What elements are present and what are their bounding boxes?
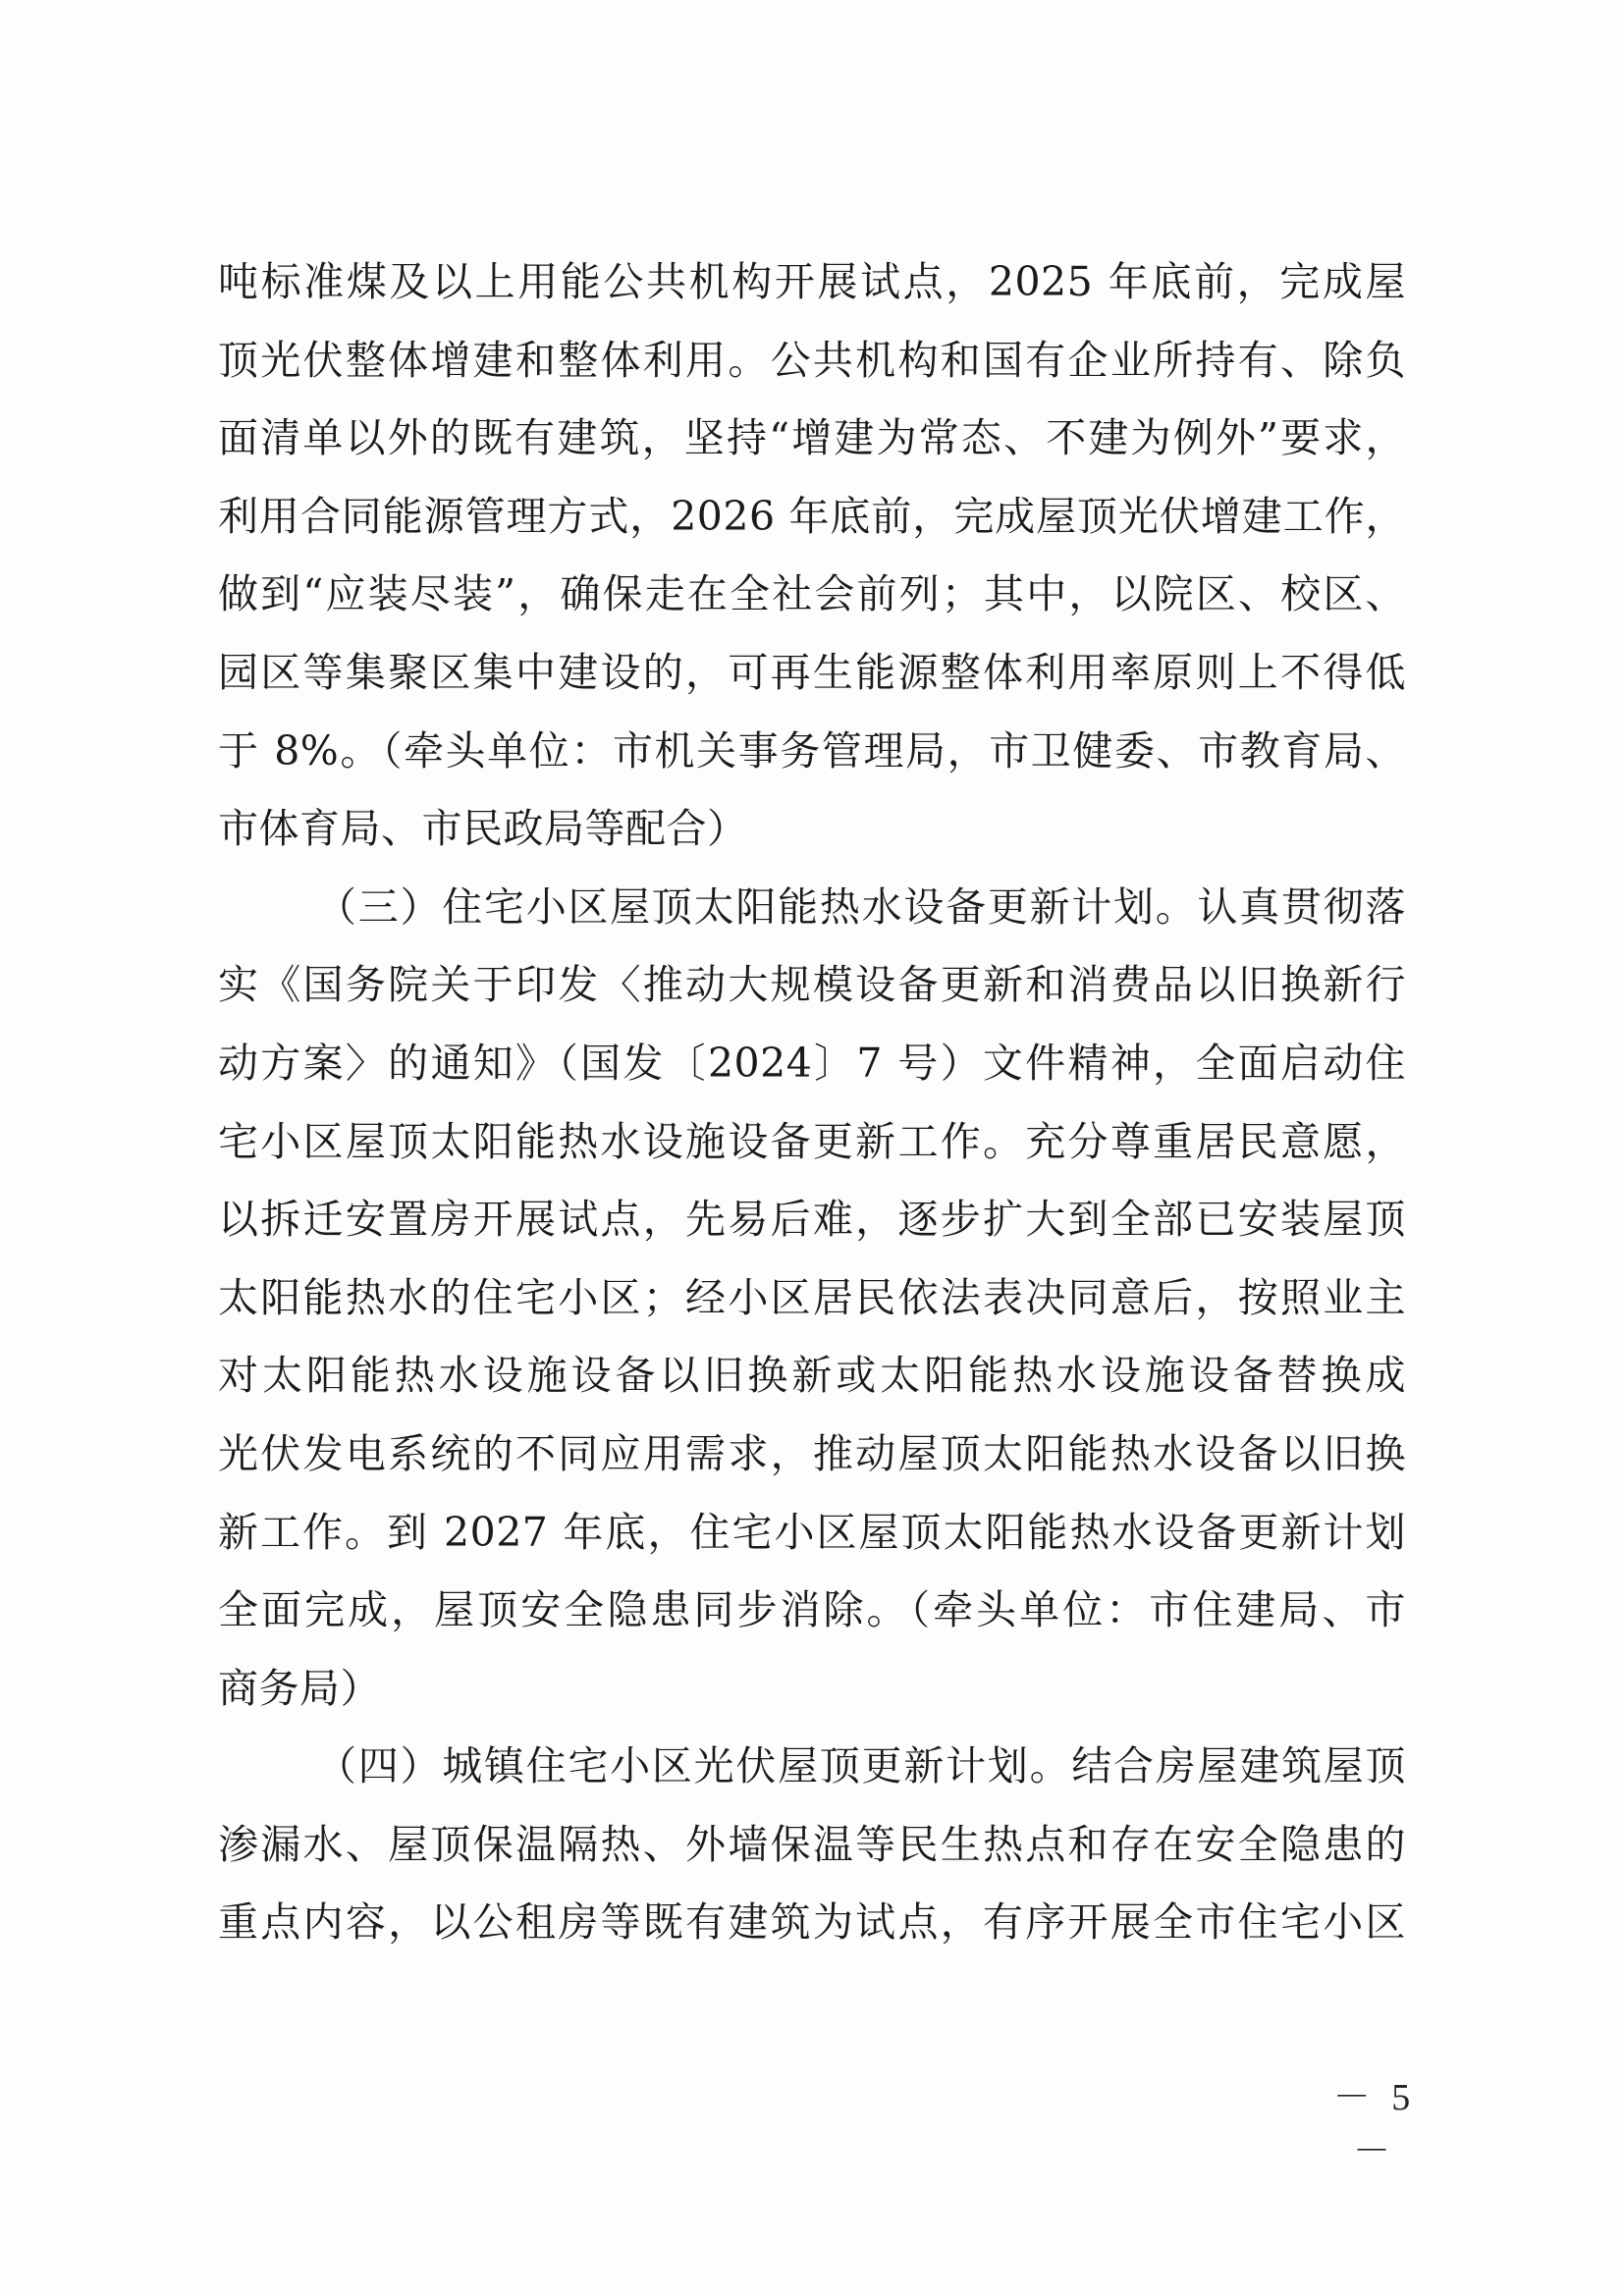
body-text: 吨标准煤及以上用能公共机构开展试点，2025 年底前，完成屋 顶光伏整体增建和整… bbox=[218, 243, 1406, 1962]
text-line-5: 做到“应装尽装”，确保走在全社会前列；其中，以院区、校区、 bbox=[218, 556, 1406, 634]
section-heading-3-line: （三）住宅小区屋顶太阳能热水设备更新计划。认真贯彻落 bbox=[218, 869, 1406, 947]
text-line-2: 顶光伏整体增建和整体利用。公共机构和国有企业所持有、除负 bbox=[218, 322, 1406, 400]
text-line-4: 利用合同能源管理方式，2026 年底前，完成屋顶光伏增建工作， bbox=[218, 478, 1406, 557]
text-line-16: 光伏发电系统的不同应用需求，推动屋顶太阳能热水设备以旧换 bbox=[218, 1415, 1406, 1494]
text-line-8: 市体育局、市民政局等配合） bbox=[218, 790, 1406, 869]
text-line-18: 全面完成，屋顶安全隐患同步消除。（牵头单位：市住建局、市 bbox=[218, 1572, 1406, 1650]
text-line-15: 对太阳能热水设施设备以旧换新或太阳能热水设施设备替换成 bbox=[218, 1337, 1406, 1415]
text-line-22: 重点内容，以公租房等既有建筑为试点，有序开展全市住宅小区 bbox=[218, 1884, 1406, 1962]
page-number: － 5 － bbox=[1321, 2066, 1429, 2174]
section-heading-4-line: （四）城镇住宅小区光伏屋顶更新计划。结合房屋建筑屋顶 bbox=[218, 1728, 1406, 1806]
text-line-12: 宅小区屋顶太阳能热水设施设备更新工作。充分尊重居民意愿， bbox=[218, 1103, 1406, 1182]
text-line-6: 园区等集聚区集中建设的，可再生能源整体利用率原则上不得低 bbox=[218, 634, 1406, 713]
text-line-19: 商务局） bbox=[218, 1650, 1406, 1729]
text-line-10: 实《国务院关于印发〈推动大规模设备更新和消费品以旧换新行 bbox=[218, 946, 1406, 1025]
text-line-7: 于 8%。（牵头单位：市机关事务管理局，市卫健委、市教育局、 bbox=[218, 713, 1406, 791]
document-page: 吨标准煤及以上用能公共机构开展试点，2025 年底前，完成屋 顶光伏整体增建和整… bbox=[0, 0, 1623, 2296]
text-line-13: 以拆迁安置房开展试点，先易后难，逐步扩大到全部已安装屋顶 bbox=[218, 1181, 1406, 1259]
text-line-3: 面清单以外的既有建筑，坚持“增建为常态、不建为例外”要求， bbox=[218, 400, 1406, 478]
text-line-11: 动方案〉的通知》（国发〔2024〕7 号）文件精神，全面启动住 bbox=[218, 1025, 1406, 1103]
text-line-21: 渗漏水、屋顶保温隔热、外墙保温等民生热点和存在安全隐患的 bbox=[218, 1806, 1406, 1885]
text-line-17: 新工作。到 2027 年底，住宅小区屋顶太阳能热水设备更新计划 bbox=[218, 1494, 1406, 1573]
text-line-1: 吨标准煤及以上用能公共机构开展试点，2025 年底前，完成屋 bbox=[218, 243, 1406, 322]
text-line-14: 太阳能热水的住宅小区；经小区居民依法表决同意后，按照业主 bbox=[218, 1259, 1406, 1338]
